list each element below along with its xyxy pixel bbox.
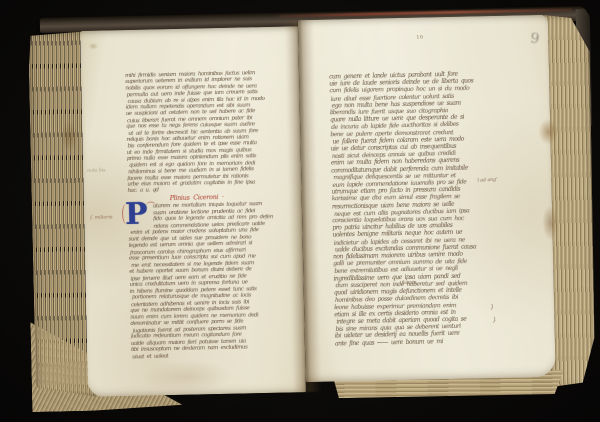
left-margin-faint-note: nota ḃis — [87, 168, 106, 173]
left-page-upper-text-block: mihi firmidis ueniam maiora hominibus fa… — [125, 69, 301, 196]
left-margin-brown-note: ſ. miliaria — [90, 215, 113, 220]
open-codex: mihi firmidis ueniam maiora hominibus fa… — [24, 6, 599, 414]
left-page-lower-text-block: utarem ne mortalium iniquis loquatur sua… — [128, 200, 304, 362]
margin-bracket-mark: } — [490, 304, 495, 311]
illuminated-initial-P: P — [125, 200, 148, 230]
folio-number: 10 — [416, 35, 424, 41]
interlinear-insertion: fluenta — [402, 280, 417, 285]
manuscript-photograph: mihi firmidis ueniam maiora hominibus fa… — [0, 0, 600, 422]
right-page-text-block: cum genere et lande uictus parabant uult… — [329, 70, 495, 349]
